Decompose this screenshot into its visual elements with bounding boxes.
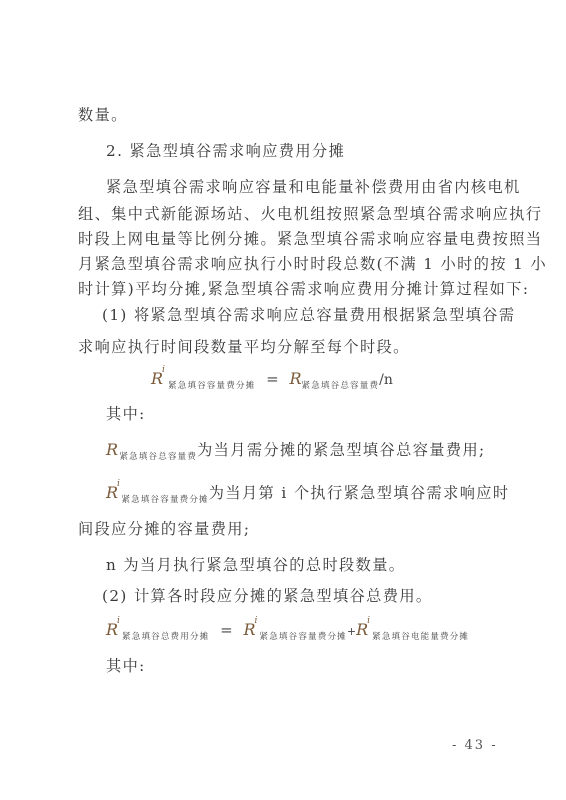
paragraph-line: 月紧急型填谷需求响应执行小时时段总数(不满 1 小时的按 1 小 [78,254,508,274]
formula-capacity-allocation: Ri紧急填谷容量费分摊 = R紧急填谷总容量费/n [151,368,393,397]
section-heading: 2. 紧急型填谷需求响应费用分摊 [106,141,345,161]
step-1-line: (1) 将紧急型填谷需求响应总容量费用根据紧急型填谷需 [102,305,508,325]
step-1-line: 求响应执行时间段数量平均分解至每个时段。 [78,337,410,357]
definition-total-capacity: R紧急填谷总容量费为当月需分摊的紧急型填谷总容量费用; [106,440,486,467]
where-label: 其中: [106,656,146,676]
where-label: 其中: [106,404,146,424]
definition-n: n 为当月执行紧急型填谷的总时段数量。 [106,555,405,575]
paragraph-line: 间段应分摊的容量费用; [78,519,250,539]
definition-per-period-capacity: Ri紧急填谷容量费分摊为当月第 i 个执行紧急型填谷需求响应时 [106,483,508,510]
page-number: - 43 - [452,738,498,753]
paragraph-line: 时计算)平均分摊,紧急型填谷需求响应费用分摊计算过程如下: [78,279,508,299]
paragraph-tail: 数量。 [78,105,128,125]
formula-total-allocation: Ri紧急填谷总费用分摊 = Ri紧急填谷容量费分摊+Ri紧急填谷电能量费分摊 [106,619,469,648]
step-2-line: (2) 计算各时段应分摊的紧急型填谷总费用。 [102,586,433,606]
paragraph-line: 时段上网电量等比例分摊。紧急型填谷需求响应容量电费按照当 [78,229,508,249]
paragraph-line: 紧急型填谷需求响应容量和电能量补偿费用由省内核电机 [106,177,508,197]
paragraph-line: 组、集中式新能源场站、火电机组按照紧急型填谷需求响应执行 [78,204,508,224]
